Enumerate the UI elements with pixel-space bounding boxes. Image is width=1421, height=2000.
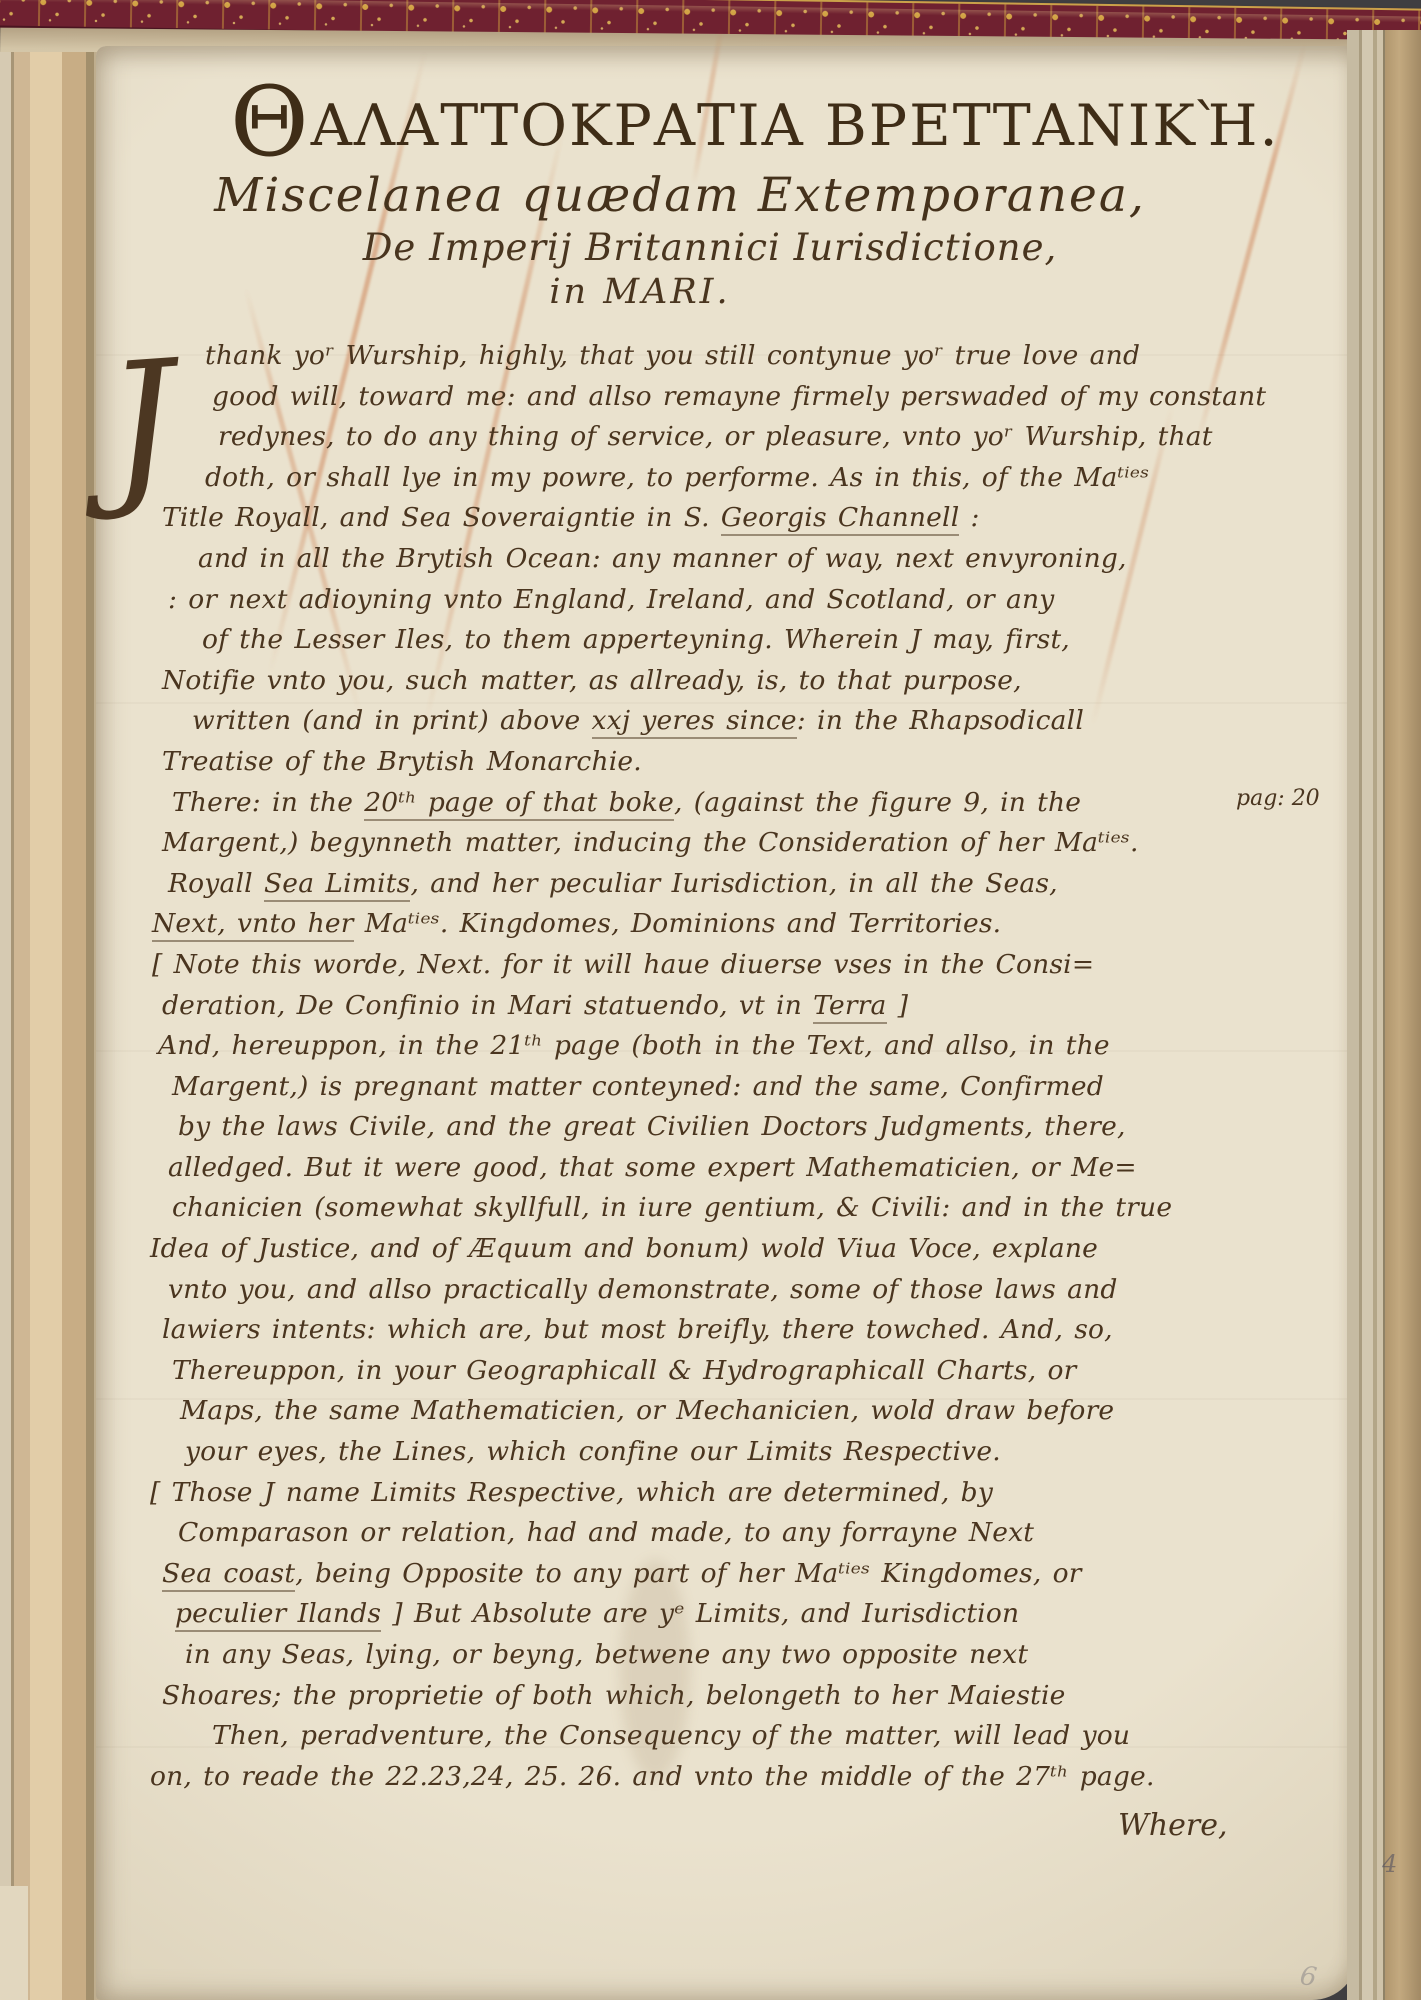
manuscript-line: : or next adioyning vnto England, Irelan… [168, 580, 1315, 621]
catchword: Where, [1118, 1808, 1228, 1843]
page-title: ΘΑΛΑΤΤΟΚΡΑΤΙΑ ΒΡΕΤΤΑΝΙΚῊ. [230, 74, 1240, 174]
manuscript-line: lawiers intents: which are, but most bre… [162, 1310, 1315, 1351]
manuscript-line: your eyes, the Lines, which confine our … [185, 1432, 1315, 1473]
manuscript-line: Then, peradventure, the Consequency of t… [212, 1716, 1315, 1757]
underlined-phrase: Terra [813, 990, 886, 1024]
manuscript-line: Maps, the same Mathematicien, or Mechani… [180, 1391, 1315, 1432]
manuscript-line: [ Those J name Limits Respective, which … [150, 1473, 1315, 1514]
manuscript-line: Sea coast, being Opposite to any part of… [162, 1554, 1315, 1595]
underlined-phrase: 20ᵗʰ page of that boke [364, 787, 674, 821]
manuscript-line: Margent,) begynneth matter, inducing the… [162, 823, 1315, 864]
manuscript-line: good will, toward me: and allso remayne … [212, 377, 1315, 418]
manuscript-line: deration, De Confinio in Mari statuendo,… [162, 986, 1315, 1027]
manuscript-line: of the Lesser Iles, to them apperteyning… [202, 620, 1315, 661]
fore-edge-shading [1385, 30, 1421, 2000]
underlined-phrase: Sea Limits [264, 868, 411, 902]
folio-mark: 4 [1382, 1850, 1397, 1878]
margin-note-page-reference: pag: 20 [1236, 786, 1320, 811]
manuscript-line: Thereuppon, in your Geographicall & Hydr… [172, 1351, 1315, 1392]
underlined-phrase: Georgis Channell [721, 502, 960, 536]
body-text: thank yoʳ Wurship, highly, that you stil… [150, 336, 1315, 1797]
manuscript-line: thank yoʳ Wurship, highly, that you stil… [205, 336, 1315, 377]
manuscript-line: peculier Ilands ] But Absolute are yᵉ Li… [175, 1594, 1315, 1635]
subtitle-line-3: in MARI. [160, 272, 1120, 312]
manuscript-line: There: in the 20ᵗʰ page of that boke, (a… [172, 783, 1315, 824]
manuscript-line: alledged. But it were good, that some ex… [168, 1148, 1315, 1189]
manuscript-line: [ Note this worde, Next. for it will hau… [152, 945, 1315, 986]
fore-edge-pages [1347, 30, 1421, 2000]
underlined-phrase: Sea coast [162, 1558, 295, 1592]
manuscript-line: Shoares; the proprietie of both which, b… [162, 1676, 1315, 1717]
manuscript-line: Treatise of the Brytish Monarchie. [162, 742, 1315, 783]
manuscript-line: And, hereuppon, in the 21ᵗʰ page (both i… [158, 1026, 1315, 1067]
manuscript-line: Notifie vnto you, such matter, as allrea… [162, 661, 1315, 702]
gilt-shine [0, 0, 1421, 23]
manuscript-line: doth, or shall lye in my powre, to perfo… [205, 458, 1315, 499]
subtitle-line-2: De Imperij Britannici Iurisdictione, [230, 226, 1190, 269]
manuscript-line: chanicien (somewhat skyllfull, in iure g… [172, 1188, 1315, 1229]
photographed-book: ΘΑΛΑΤΤΟΚΡΑΤΙΑ ΒΡΕΤΤΑΝΙΚῊ. Miscelanea quæ… [0, 0, 1421, 2000]
manuscript-line: Next, vnto her Maᵗⁱᵉˢ. Kingdomes, Domini… [152, 904, 1315, 945]
manuscript-line: redynes, to do any thing of service, or … [218, 417, 1315, 458]
manuscript-line: Royall Sea Limits, and her peculiar Iuri… [168, 864, 1315, 905]
underlined-phrase: peculier Ilands [175, 1598, 381, 1632]
manuscript-line: vnto you, and allso practically demonstr… [168, 1270, 1315, 1311]
underlined-phrase: Next, vnto her [152, 908, 354, 942]
manuscript-line: written (and in print) above xxj yeres s… [192, 701, 1315, 742]
manuscript-line: in any Seas, lying, or beyng, betwene an… [185, 1635, 1315, 1676]
gutter-edge [0, 52, 102, 2000]
manuscript-line: and in all the Brytish Ocean: any manner… [198, 539, 1315, 580]
manuscript-line: on, to reade the 22.23,24, 25. 26. and v… [150, 1757, 1315, 1798]
manuscript-line: Margent,) is pregnant matter conteyned: … [172, 1067, 1315, 1108]
subtitle-line-1: Miscelanea quædam Extemporanea, [200, 168, 1160, 223]
title-initial: Θ [230, 66, 311, 178]
manuscript-line: Comparason or relation, had and made, to… [178, 1513, 1315, 1554]
manuscript-line: Idea of Justice, and of Æquum and bonum)… [150, 1229, 1315, 1270]
manuscript-line: Title Royall, and Sea Soveraigntie in S.… [162, 498, 1315, 539]
manuscript-line: by the laws Civile, and the great Civili… [178, 1107, 1315, 1148]
under-leaf-corner [0, 1886, 28, 2000]
title-text: ΑΛΑΤΤΟΚΡΑΤΙΑ ΒΡΕΤΤΑΝΙΚῊ. [311, 93, 1280, 159]
underlined-phrase: xxj yeres since [592, 705, 797, 739]
